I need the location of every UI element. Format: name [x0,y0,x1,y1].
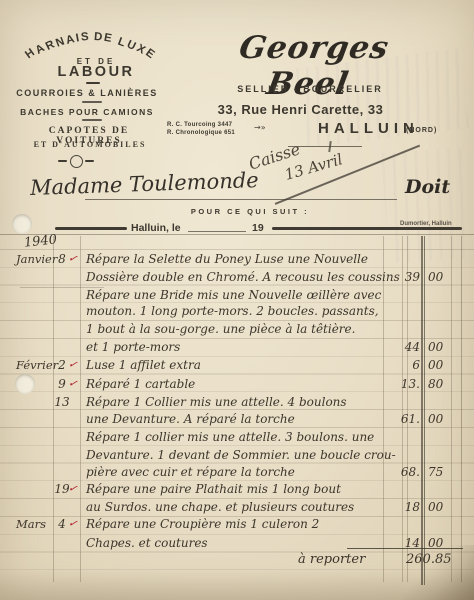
ledger-day: 13 [49,395,75,409]
ledger-row: une Devanture. A réparé la torche 61. 00 [0,412,474,429]
ledger-amount-cents: 00 [428,500,456,514]
ledger-amount-cents: 80 [428,377,456,391]
ledger-entry-text: Répare une paire Plathait mis 1 long bou… [86,482,396,496]
subject-line: POUR CE QUI SUIT : [175,207,325,216]
ledger-amount-cents: 00 [428,358,456,372]
bleed-through-texture [381,147,473,263]
ledger-entry-text: Luse 1 affilet extra [86,358,396,372]
ledger-amount-francs: 18 [383,500,420,514]
company-trade: SELLIER - BOURRELIER [220,84,400,94]
ledger-entry-text: une Devanture. A réparé la torche [86,412,396,426]
ledger-entry-text: pière avec cuir et répare la torche [86,465,396,479]
ledger-row: 1 bout à la sou-gorge. une pièce à la tê… [0,322,474,339]
ornament-circle-icon [70,155,83,168]
ledger-row: Février 2 ✓ Luse 1 affilet extra 6 00 [0,358,474,375]
place-label: Halluin, le [131,222,181,234]
year-label: 19 [252,222,264,234]
ledger-row: 19 ✓ Répare une paire Plathait mis 1 lon… [0,482,474,499]
ornament-dash [85,160,94,162]
registration-chrono: R. Chronologique 651 [167,130,235,136]
carry-label: à reporter [298,552,365,567]
cash-note-underline [288,146,362,147]
ledger-row: 13 Répare 1 Collier mis une attelle. 4 b… [0,395,474,412]
ledger-amount-francs: 68. [383,465,420,479]
letterhead-subtitle-labour: LABOUR [46,64,146,80]
registration-rc: R. C. Tourcoing 3447 [167,122,232,128]
doit-label: Doit [405,176,450,198]
ledger-amount-francs: 44 [383,340,420,354]
ledger-amount-cents: 00 [428,340,456,354]
corner-fold-shadow [402,545,474,600]
date-fill-line [188,231,246,232]
ledger-entry-text: au Surdos. une chape. et plusieurs coutu… [86,500,396,514]
company-department: (NORD) [406,127,437,134]
ledger-amount-francs: 13. [383,377,420,391]
date-rule-left [55,227,127,230]
ledger-entry-text: Répare 1 Collier mis une attelle. 4 boul… [86,395,396,409]
ledger-amount-francs: 61. [383,412,420,426]
ledger-entry-text: et 1 porte-mors [86,340,396,354]
ledger-amount-cents: 75 [428,465,456,479]
company-street: 33, Rue Henri Carette, 33 [198,102,403,117]
ledger-row: 9 ✓ Réparé 1 cartable 13. 80 [0,377,474,394]
ornament-dash [82,119,102,121]
ledger-row: Répare 1 collier mis une attelle. 3 boul… [0,430,474,447]
ledger-row: pière avec cuir et répare la torche 68. … [0,465,474,482]
letterhead-service-courroies: COURROIES & LANIÈRES [14,88,160,98]
ledger-amount-francs: 6 [383,358,420,372]
ledger-row: Dossière double en Chromé. A recousu les… [0,270,474,287]
ledger-row: Janvier 8 ✓ Répare la Selette du Poney L… [0,252,474,269]
letterhead-arc-title: HARNAIS DE LUXE [26,31,154,43]
ornament-dash [86,82,100,84]
ledger-entry-text: Répare la Selette du Poney Luse une Nouv… [86,252,396,266]
ledger-entry-text: Répare une Croupière mis 1 culeron 2 [86,517,396,531]
ledger-amount-francs: 39 [383,270,420,284]
ledger-entry-text: Répare une Bride mis une Nouvelle œillèr… [86,288,396,302]
ledger-entry-text: Répare 1 collier mis une attelle. 3 boul… [86,430,396,444]
ledger-entry-text: Dossière double en Chromé. A recousu les… [86,270,396,284]
ledger-entry-text: mouton. 1 long porte-mors. 2 boucles. pa… [86,304,396,318]
ledger-entry-text: Devanture. 1 devant de Sommier. une bouc… [86,448,396,462]
ledger-entry-text: Réparé 1 cartable [86,377,396,391]
date-rule-right [272,227,462,230]
ledger-row: Répare une Bride mis une Nouvelle œillèr… [0,288,474,305]
client-name-rule [85,199,397,200]
ledger-top-rule [0,234,474,235]
client-name: Madame Toulemonde [30,168,259,200]
letterhead-service-automobiles: ET D'AUTOMOBILES [14,140,166,149]
ledger-entry-text: 1 bout à la sou-gorge. une pièce à la tê… [86,322,396,336]
hole-punch [12,214,32,234]
arrow-ornament-icon: →» [254,123,266,132]
ledger-row: au Surdos. une chape. et plusieurs coutu… [0,500,474,517]
ornament-dash [82,101,102,103]
ledger-row: Devanture. 1 devant de Sommier. une bouc… [0,448,474,465]
invoice-document: HARNAIS DE LUXE ET DE LABOUR COURROIES &… [0,0,474,600]
ledger-amount-cents: 00 [428,412,456,426]
ledger-row: mouton. 1 long porte-mors. 2 boucles. pa… [0,304,474,321]
company-city: HALLUIN [318,120,419,137]
ledger-row: Mars 4 ✓ Répare une Croupière mis 1 cule… [0,517,474,534]
ledger-row: et 1 porte-mors 44 00 [0,340,474,357]
letterhead-service-baches: BACHES POUR CAMIONS [14,107,160,117]
ledger-amount-cents: 00 [428,270,456,284]
ornament-dash [58,160,67,162]
